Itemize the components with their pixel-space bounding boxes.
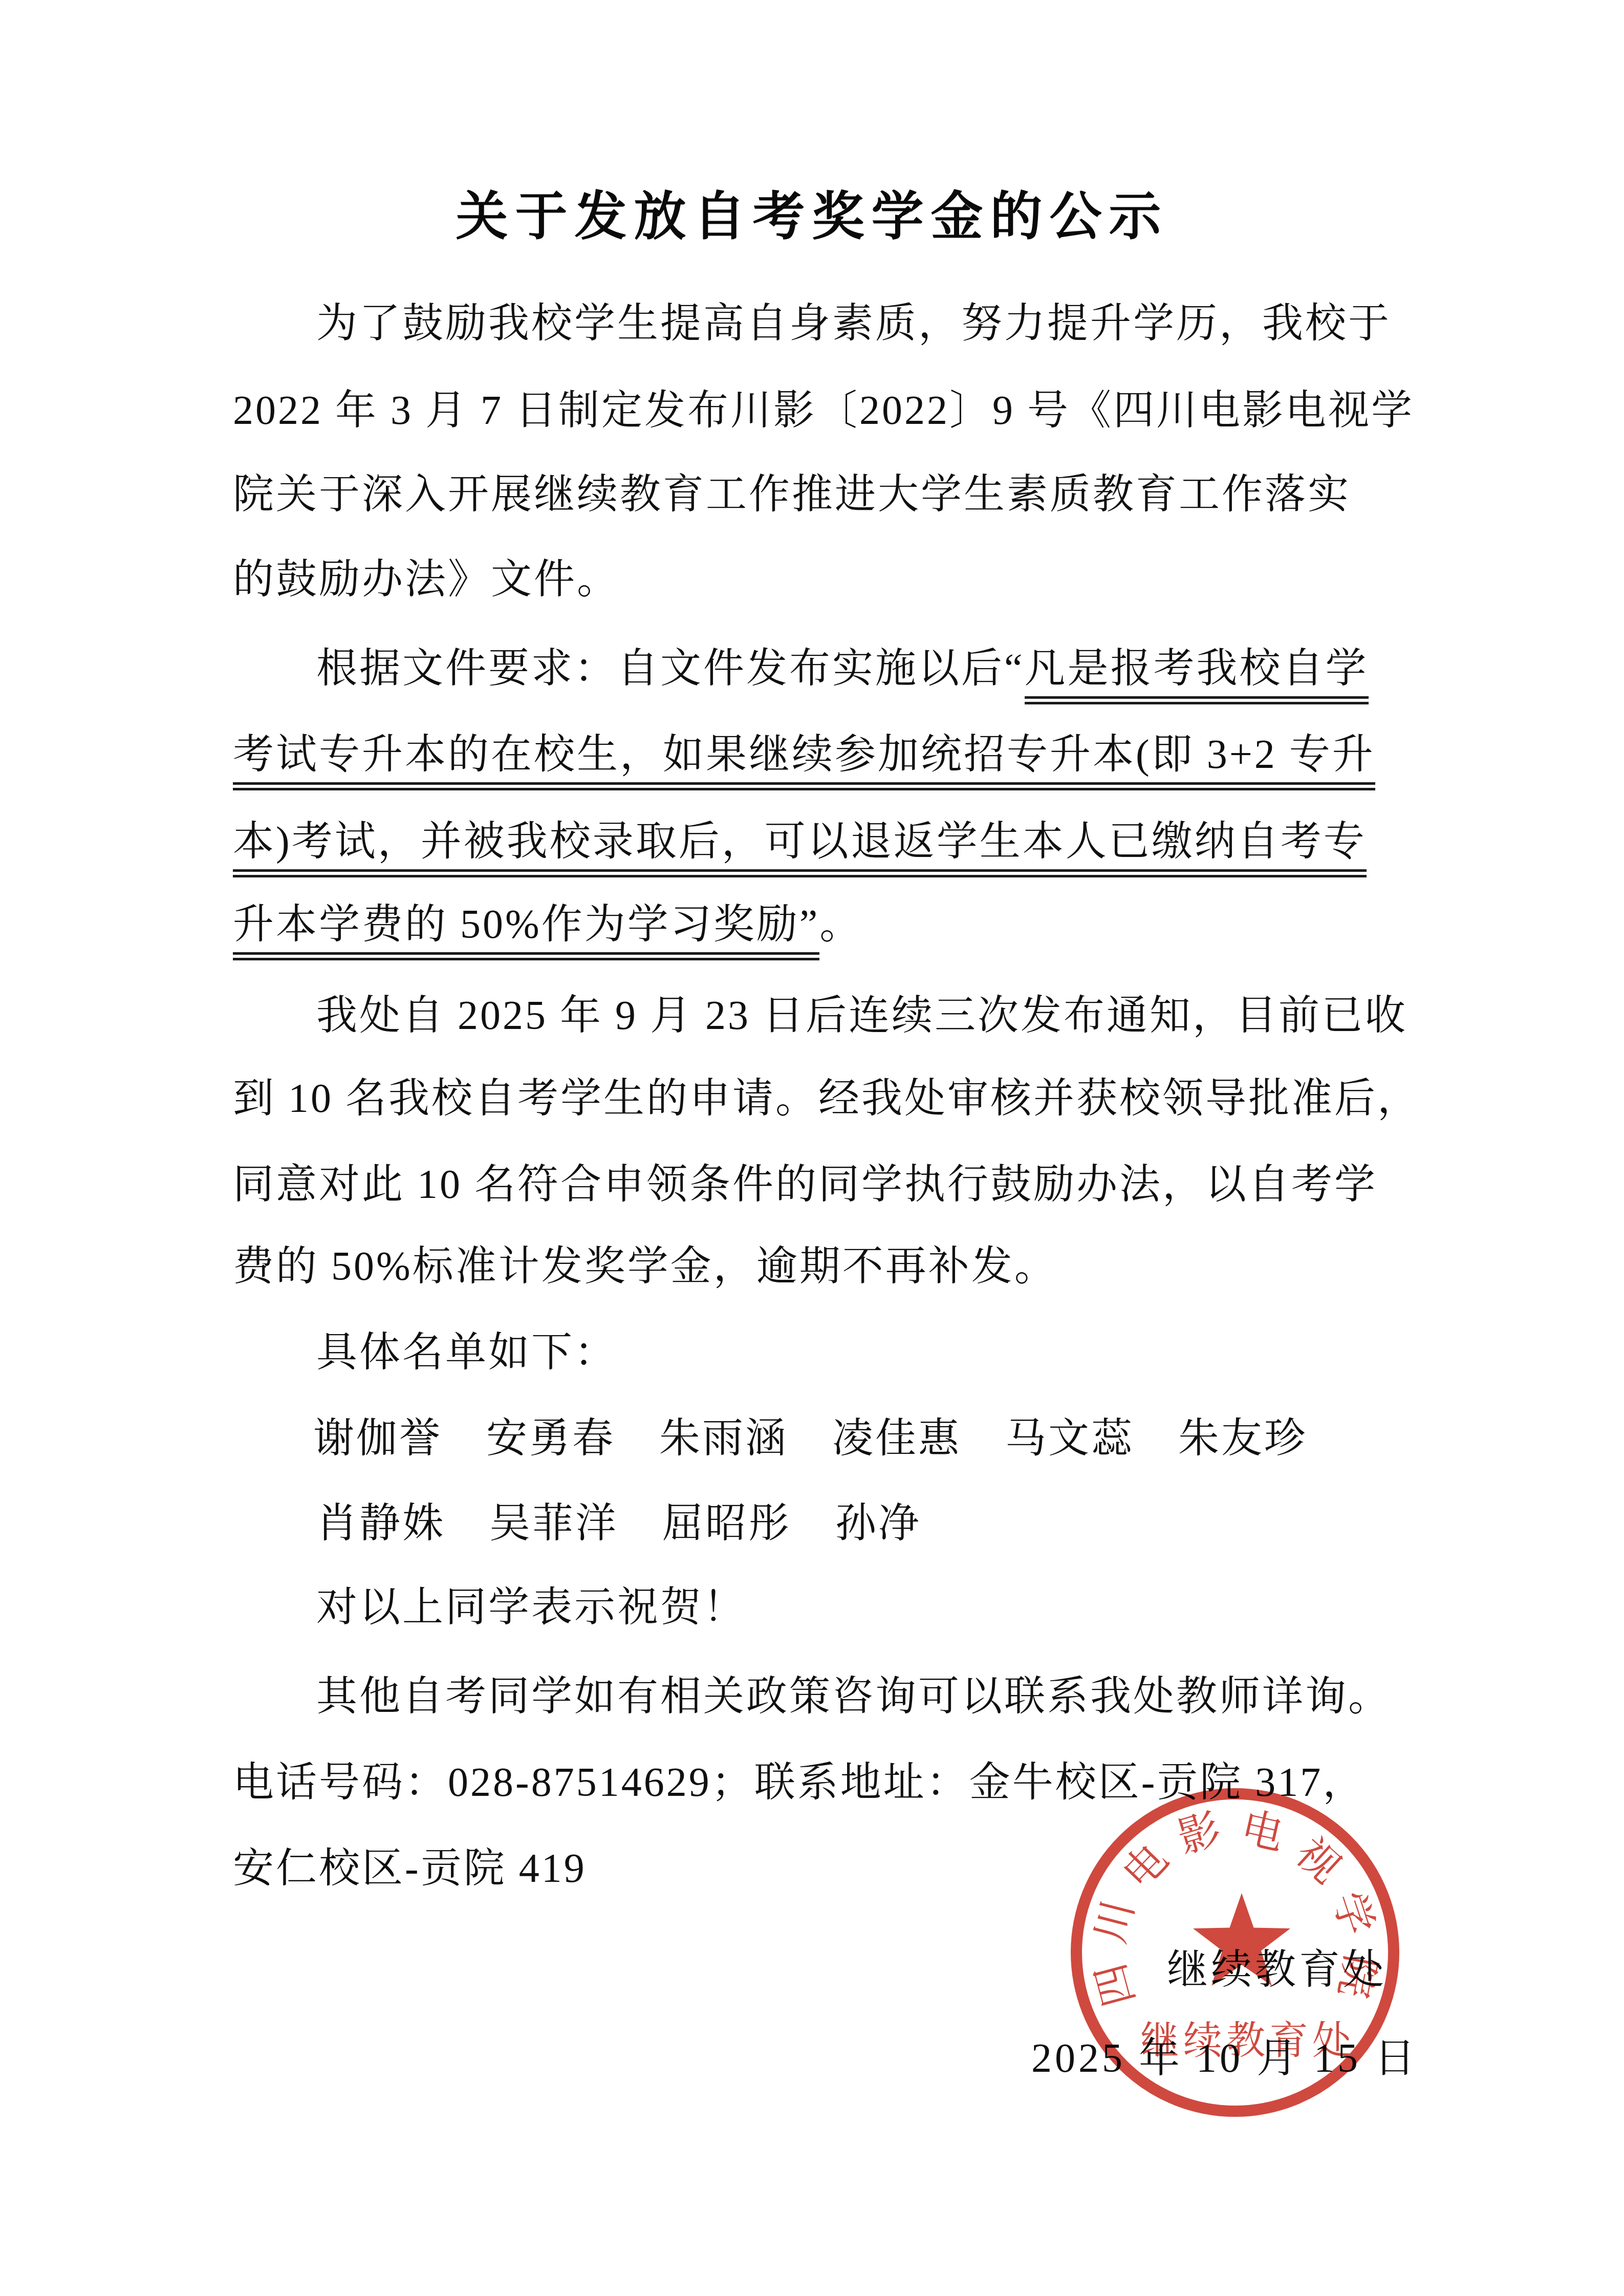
seal-star-icon bbox=[1193, 1893, 1290, 1986]
paragraph2-line1-plain: 根据文件要求：自文件发布实施以后“ bbox=[316, 646, 1025, 691]
student-name: 凌佳惠 bbox=[832, 1416, 961, 1461]
paragraph2-line4-underlined: 升本学费的 50%作为学习奖励” bbox=[233, 902, 819, 960]
student-name: 谢伽誉 bbox=[313, 1416, 442, 1461]
student-name: 肖静姝 bbox=[316, 1501, 445, 1546]
paragraph2-line2-underlined: 考试专升本的在校生，如果继续参加统招专升本(即 3+2 专升 bbox=[233, 732, 1375, 790]
names-row-2: 肖静姝吴菲洋屈昭彤孙净 bbox=[316, 1501, 921, 1546]
seal-bottom-text: 继续教育处 bbox=[1140, 2020, 1355, 2063]
student-name: 马文蕊 bbox=[1005, 1416, 1134, 1461]
paragraph3-line3: 同意对此 10 名符合申领条件的同学执行鼓励办法，以自考学 bbox=[233, 1162, 1377, 1207]
student-name: 屈昭彤 bbox=[662, 1501, 791, 1546]
paragraph2-line2: 考试专升本的在校生，如果继续参加统招专升本(即 3+2 专升 bbox=[233, 732, 1375, 777]
paragraph2-line1-underlined: 凡是报考我校自学 bbox=[1025, 646, 1369, 704]
names-row-1: 谢伽誉安勇春朱雨涵凌佳惠马文蕊朱友珍 bbox=[313, 1416, 1307, 1461]
student-name: 吴菲洋 bbox=[489, 1501, 618, 1546]
student-name: 朱友珍 bbox=[1178, 1416, 1307, 1461]
page-title: 关于发放自考奖学金的公示 bbox=[0, 175, 1624, 250]
paragraph2-line4-plain: 。 bbox=[819, 902, 862, 947]
paragraph2-line4: 升本学费的 50%作为学习奖励”。 bbox=[233, 902, 862, 947]
paragraph1-line2: 2022 年 3 月 7 日制定发布川影〔2022〕9 号《四川电影电视学 bbox=[233, 388, 1414, 433]
student-name: 孙净 bbox=[835, 1501, 921, 1546]
paragraph2-line1: 根据文件要求：自文件发布实施以后“凡是报考我校自学 bbox=[316, 646, 1369, 691]
paragraph2-line3: 本)考试，并被我校录取后，可以退返学生本人已缴纳自考专 bbox=[233, 819, 1367, 864]
list-intro: 具体名单如下： bbox=[316, 1330, 617, 1375]
contact-line-2: 安仁校区-贡院 419 bbox=[233, 1846, 587, 1891]
official-seal: 四川电影电视学院 继续教育处 bbox=[1066, 1784, 1404, 2121]
paragraph3-line1: 我处自 2025 年 9 月 23 日后连续三次发布通知，目前已收 bbox=[316, 993, 1408, 1038]
congrats-line: 对以上同学表示祝贺！ bbox=[316, 1585, 746, 1630]
paragraph2-line3-underlined: 本)考试，并被我校录取后，可以退返学生本人已缴纳自考专 bbox=[233, 819, 1367, 877]
student-name: 安勇春 bbox=[486, 1416, 615, 1461]
student-name: 朱雨涵 bbox=[659, 1416, 788, 1461]
paragraph3-line4: 费的 50%标准计发奖学金，逾期不再补发。 bbox=[233, 1244, 1057, 1289]
paragraph1-line4: 的鼓励办法》文件。 bbox=[233, 557, 620, 602]
paragraph1-line3: 院关于深入开展继续教育工作推进大学生素质教育工作落实 bbox=[233, 472, 1351, 517]
scanned-notice-page: 关于发放自考奖学金的公示 为了鼓励我校学生提高自身素质，努力提升学历，我校于 2… bbox=[0, 0, 1624, 2296]
paragraph3-line2: 到 10 名我校自考学生的申请。经我处审核并获校领导批准后， bbox=[233, 1076, 1420, 1121]
contact-note-line: 其他自考同学如有相关政策咨询可以联系我处教师详询。 bbox=[316, 1674, 1391, 1719]
paragraph1-line1: 为了鼓励我校学生提高自身素质，努力提升学历，我校于 bbox=[316, 301, 1391, 346]
